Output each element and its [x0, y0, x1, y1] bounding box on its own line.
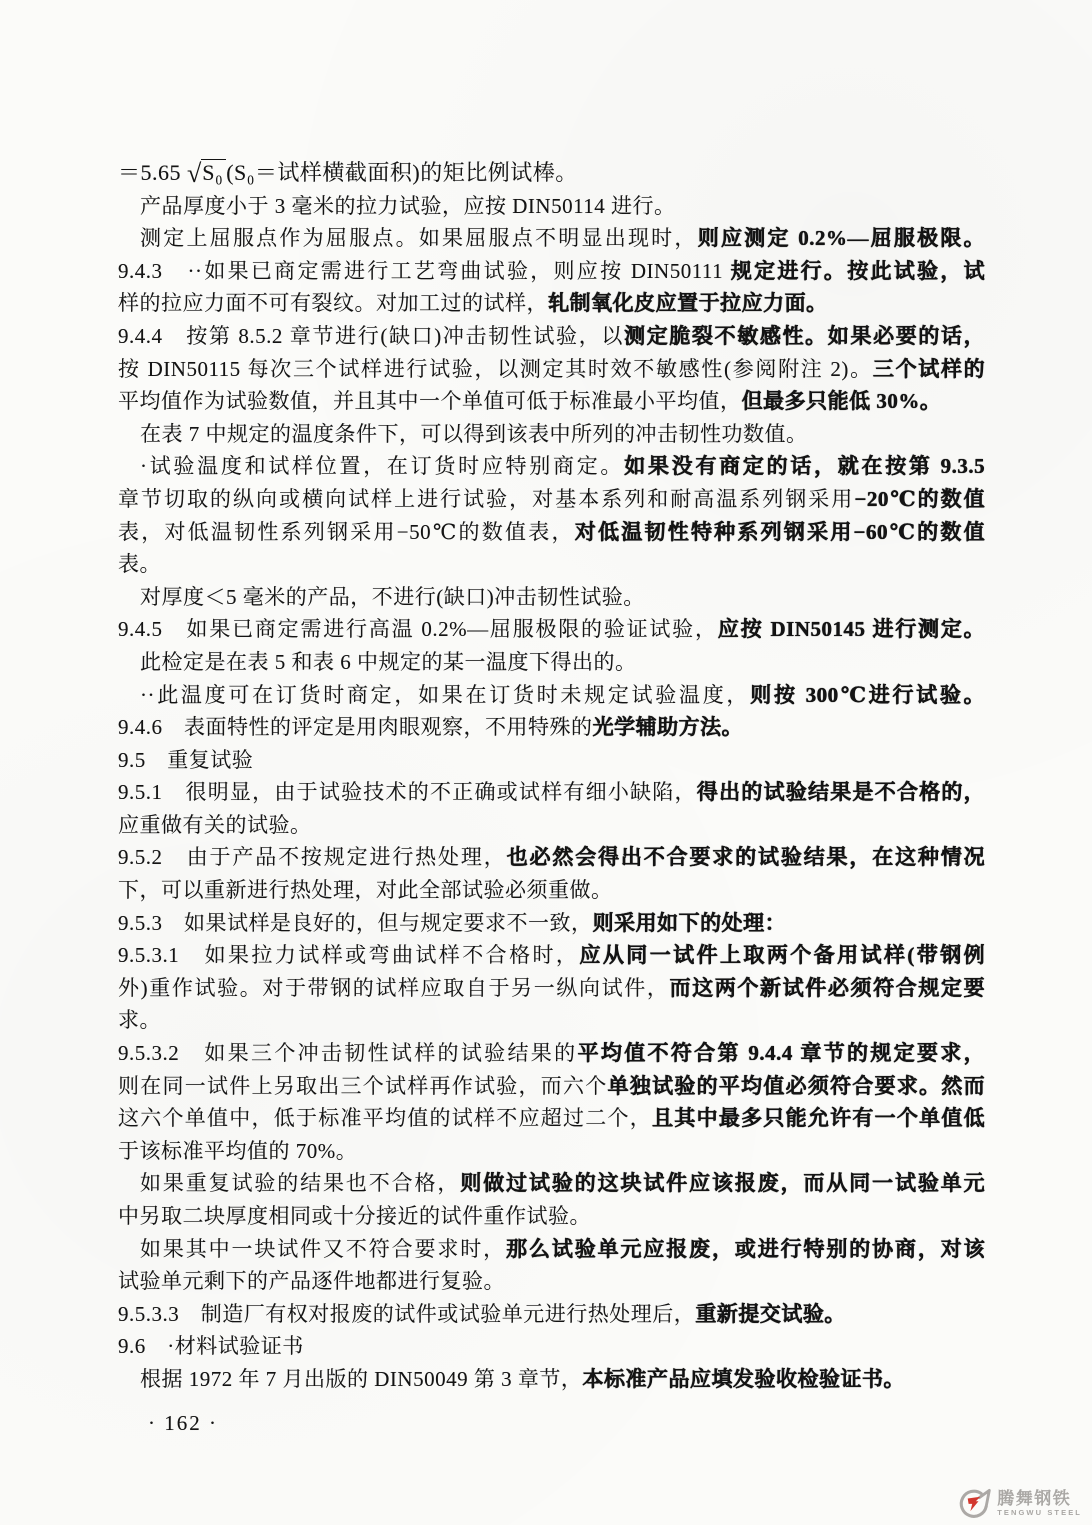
text-segment: 9.5.3.3 制造厂有权对报废的试件或试验单元进行热处理后，: [118, 1302, 695, 1326]
text-line: 外)重作试验。对于带钢的试样应取自于另一纵向试件，而这两个新试件必须符合规定要: [118, 972, 985, 1005]
tengwu-steel-watermark: 腾舞钢铁 TENGWU STEEL: [956, 1485, 1082, 1521]
text-segment: 表。: [118, 552, 161, 576]
text-segment: 则做过试验的这块试件应该报废，而从同一试验单元: [460, 1171, 985, 1195]
text-segment: −20℃的数值: [854, 487, 985, 511]
text-segment: 样的拉应力面不可有裂纹。对加工过的试样，: [118, 291, 548, 315]
scanned-document-page: ＝5.65 √S₀(S₀＝试样横截面积)的矩比例试棒。产品厚度小于 3 毫米的拉…: [0, 0, 1092, 1525]
text-lines: ＝5.65 √S₀(S₀＝试样横截面积)的矩比例试棒。产品厚度小于 3 毫米的拉…: [118, 157, 985, 1396]
text-line: 根据 1972 年 7 月出版的 DIN50049 第 3 章节，本标准产品应填…: [118, 1363, 985, 1396]
text-line: 应重做有关的试验。: [118, 809, 985, 842]
text-line: 9.4.5 如果已商定需进行高温 0.2%—屈服极限的验证试验，应按 DIN50…: [118, 613, 985, 646]
text-segment: 则应测定 0.2%—屈服极限。: [698, 226, 985, 250]
text-segment: 应从同一试件上取两个备用试样(带钢例: [579, 943, 985, 967]
text-segment: 对低温韧性特种系列钢采用−60℃的数值: [575, 520, 985, 544]
watermark-chinese-name: 腾舞钢铁: [997, 1490, 1082, 1507]
text-segment: 9.4.4 按第 8.5.2 章节进行(缺口)冲击韧性试验，以: [118, 324, 624, 348]
text-line: 章节切取的纵向或横向试样上进行试验，对基本系列和耐高温系列钢采用−20℃的数值: [118, 483, 985, 516]
text-segment: 如果没有商定的话，就在按第 9.3.5: [624, 454, 985, 478]
text-segment: 应按 DIN50145 进行测定。: [718, 617, 985, 641]
watermark-english-name: TENGWU STEEL: [997, 1509, 1082, 1517]
text-line: 此检定是在表 5 和表 6 中规定的某一温度下得出的。: [118, 646, 985, 679]
text-line: 试验单元剩下的产品逐件地都进行复验。: [118, 1265, 985, 1298]
text-line: 表，对低温韧性系列钢采用−50℃的数值表，对低温韧性特种系列钢采用−60℃的数值: [118, 516, 985, 549]
text-segment: 按 DIN50115 每次三个试样进行试验，以测定其时效不敏感性(参阅附注 2)…: [118, 357, 873, 381]
text-segment: ··此温度可在订货时商定，如果在订货时未规定试验温度，: [140, 683, 750, 707]
text-segment: 外)重作试验。对于带钢的试样应取自于另一纵向试件，: [118, 976, 669, 1000]
text-segment: 如果其中一块试件又不符合要求时，: [140, 1237, 506, 1261]
text-segment: 根据 1972 年 7 月出版的 DIN50049 第 3 章节，: [140, 1367, 582, 1391]
text-segment: 9.4.6 表面特性的评定是用肉眼观察，不用特殊的: [118, 715, 593, 739]
text-segment: 在表 7 中规定的温度条件下，可以得到该表中所列的冲击韧性功数值。: [140, 422, 808, 446]
text-segment: 下，可以重新进行热处理，对此全部试验必须重做。: [118, 878, 613, 902]
text-segment: 重新提交试验。: [695, 1302, 846, 1326]
text-segment: 则按 300℃进行试验。: [750, 683, 985, 707]
text-segment: 光学辅助方法。: [593, 715, 744, 739]
text-segment: 本标准产品应填发验收检验证书。: [582, 1367, 905, 1391]
text-line: ··此温度可在订货时商定，如果在订货时未规定试验温度，则按 300℃进行试验。: [118, 679, 985, 712]
text-line: 9.5.2 由于产品不按规定进行热处理，也必然会得出不合要求的试验结果，在这种情…: [118, 841, 985, 874]
text-line: 9.5.3 如果试样是良好的，但与规定要求不一致，则采用如下的处理：: [118, 907, 985, 940]
text-line: 平均值作为试验数值，并且其中一个单值可低于标准最小平均值，但最多只能低 30%。: [118, 385, 985, 418]
tengwu-logo-icon: [956, 1485, 992, 1521]
text-segment: 9.6 ·材料试验证书: [118, 1334, 304, 1358]
text-segment: 对厚度＜5 毫米的产品，不进行(缺口)冲击韧性试验。: [140, 585, 645, 609]
text-line: 下，可以重新进行热处理，对此全部试验必须重做。: [118, 874, 985, 907]
text-segment: (S₀＝试样横截面积)的矩比例试棒。: [226, 160, 578, 185]
text-line: 如果重复试验的结果也不合格，则做过试验的这块试件应该报废，而从同一试验单元: [118, 1167, 985, 1200]
text-line: 对厚度＜5 毫米的产品，不进行(缺口)冲击韧性试验。: [118, 581, 985, 614]
text-line: 则在同一试件上另取出三个试样再作试验，而六个单独试验的平均值必须符合要求。然而: [118, 1070, 985, 1103]
text-segment: 且其中最多只能允许有一个单值低: [652, 1106, 985, 1130]
text-line: 按 DIN50115 每次三个试样进行试验，以测定其时效不敏感性(参阅附注 2)…: [118, 353, 985, 386]
text-segment: 但最多只能低 30%。: [742, 389, 942, 413]
text-segment: 那么试验单元应报废，或进行特别的协商，对该: [506, 1237, 985, 1261]
text-line: 测定上屈服点作为屈服点。如果屈服点不明显出现时，则应测定 0.2%—屈服极限。: [118, 222, 985, 255]
text-segment: 中另取二块厚度相同或十分接近的试件重作试验。: [118, 1204, 591, 1228]
text-line: 产品厚度小于 3 毫米的拉力试验，应按 DIN50114 进行。: [118, 190, 985, 223]
text-line: 如果其中一块试件又不符合要求时，那么试验单元应报废，或进行特别的协商，对该: [118, 1233, 985, 1266]
text-line: 这六个单值中，低于标准平均值的试样不应超过二个，且其中最多只能允许有一个单值低: [118, 1102, 985, 1135]
text-segment: 9.5.1 很明显，由于试验技术的不正确或试样有细小缺陷，: [118, 780, 697, 804]
text-segment: 而这两个新试件必须符合规定要: [669, 976, 985, 1000]
text-segment: 轧制氧化皮应置于拉应力面。: [548, 291, 828, 315]
text-segment: 9.5.2 由于产品不按规定进行热处理，: [118, 845, 507, 869]
text-line: 9.4.3 ··如果已商定需进行工艺弯曲试验，则应按 DIN50111 规定进行…: [118, 255, 985, 288]
text-line: 在表 7 中规定的温度条件下，可以得到该表中所列的冲击韧性功数值。: [118, 418, 985, 451]
text-line: 9.6 ·材料试验证书: [118, 1330, 985, 1363]
text-segment: 9.5 重复试验: [118, 748, 253, 772]
text-line: 9.5.3.1 如果拉力试样或弯曲试样不合格时，应从同一试件上取两个备用试样(带…: [118, 939, 985, 972]
text-segment: 则在同一试件上另取出三个试样再作试验，而六个: [118, 1074, 608, 1098]
text-segment: 表，对低温韧性系列钢采用−50℃的数值表，: [118, 520, 575, 544]
text-line: 9.5 重复试验: [118, 744, 985, 777]
text-segment: ·试验温度和试样位置，在订货时应特别商定。: [140, 454, 624, 478]
text-line: 9.4.4 按第 8.5.2 章节进行(缺口)冲击韧性试验，以测定脆裂不敏感性。…: [118, 320, 985, 353]
text-segment: 试验单元剩下的产品逐件地都进行复验。: [118, 1269, 505, 1293]
text-segment: 9.5.3 如果试样是良好的，但与规定要求不一致，: [118, 911, 593, 935]
text-segment: 测定上屈服点作为屈服点。如果屈服点不明显出现时，: [140, 226, 698, 250]
text-segment: 9.5.3.2 如果三个冲击韧性试样的试验结果的: [118, 1041, 577, 1065]
text-line: 9.5.1 很明显，由于试验技术的不正确或试样有细小缺陷，得出的试验结果是不合格…: [118, 776, 985, 809]
text-segment: 三个试样的: [873, 357, 985, 381]
text-segment: 平均值不符合第 9.4.4 章节的规定要求，: [577, 1041, 985, 1065]
text-segment: 单独试验的平均值必须符合要求。然而: [608, 1074, 986, 1098]
text-line: 9.4.6 表面特性的评定是用肉眼观察，不用特殊的光学辅助方法。: [118, 711, 985, 744]
radical-glyph: √: [187, 159, 201, 188]
text-line: 中另取二块厚度相同或十分接近的试件重作试验。: [118, 1200, 985, 1233]
text-line: 样的拉应力面不可有裂纹。对加工过的试样，轧制氧化皮应置于拉应力面。: [118, 287, 985, 320]
text-line: 求。: [118, 1004, 985, 1037]
text-segment: 于该标准平均值的 70%。: [118, 1139, 357, 1163]
watermark-text: 腾舞钢铁 TENGWU STEEL: [997, 1490, 1082, 1517]
text-segment: 应重做有关的试验。: [118, 813, 312, 837]
text-segment: 如果重复试验的结果也不合格，: [140, 1171, 460, 1195]
text-segment: 章节切取的纵向或横向试样上进行试验，对基本系列和耐高温系列钢采用: [118, 487, 854, 511]
text-line: 9.5.3.2 如果三个冲击韧性试样的试验结果的平均值不符合第 9.4.4 章节…: [118, 1037, 985, 1070]
formula-line: ＝5.65 √S₀(S₀＝试样横截面积)的矩比例试棒。: [118, 157, 985, 190]
text-segment: 产品厚度小于 3 毫米的拉力试验，应按 DIN50114 进行。: [140, 194, 676, 218]
text-line: 于该标准平均值的 70%。: [118, 1135, 985, 1168]
text-segment: 9.4.3 ··如果已商定需进行工艺弯曲试验，则应按 DIN50111: [118, 259, 731, 283]
text-segment: 这六个单值中，低于标准平均值的试样不应超过二个，: [118, 1106, 652, 1130]
text-segment: 此检定是在表 5 和表 6 中规定的某一温度下得出的。: [140, 650, 637, 674]
text-segment: ＝5.65: [118, 160, 187, 185]
text-line: 表。: [118, 548, 985, 581]
text-segment: 9.5.3.1 如果拉力试样或弯曲试样不合格时，: [118, 943, 579, 967]
radicand-glyph: S₀: [201, 159, 226, 185]
text-segment: 则采用如下的处理：: [593, 911, 787, 935]
text-line: ·试验温度和试样位置，在订货时应特别商定。如果没有商定的话，就在按第 9.3.5: [118, 450, 985, 483]
text-segment: 求。: [118, 1008, 161, 1032]
text-segment: 测定脆裂不敏感性。如果必要的话，: [624, 324, 985, 348]
text-line: 9.5.3.3 制造厂有权对报废的试件或试验单元进行热处理后，重新提交试验。: [118, 1298, 985, 1331]
text-segment: 也必然会得出不合要求的试验结果，在这种情况: [507, 845, 985, 869]
document-body: ＝5.65 √S₀(S₀＝试样横截面积)的矩比例试棒。产品厚度小于 3 毫米的拉…: [118, 157, 985, 1439]
text-segment: 规定进行。按此试验，试: [731, 259, 985, 283]
text-segment: 平均值作为试验数值，并且其中一个单值可低于标准最小平均值，: [118, 389, 742, 413]
text-segment: 得出的试验结果是不合格的，: [697, 780, 985, 804]
page-number: · 162 ·: [118, 1407, 985, 1439]
text-segment: 9.4.5 如果已商定需进行高温 0.2%—屈服极限的验证试验，: [118, 617, 718, 641]
